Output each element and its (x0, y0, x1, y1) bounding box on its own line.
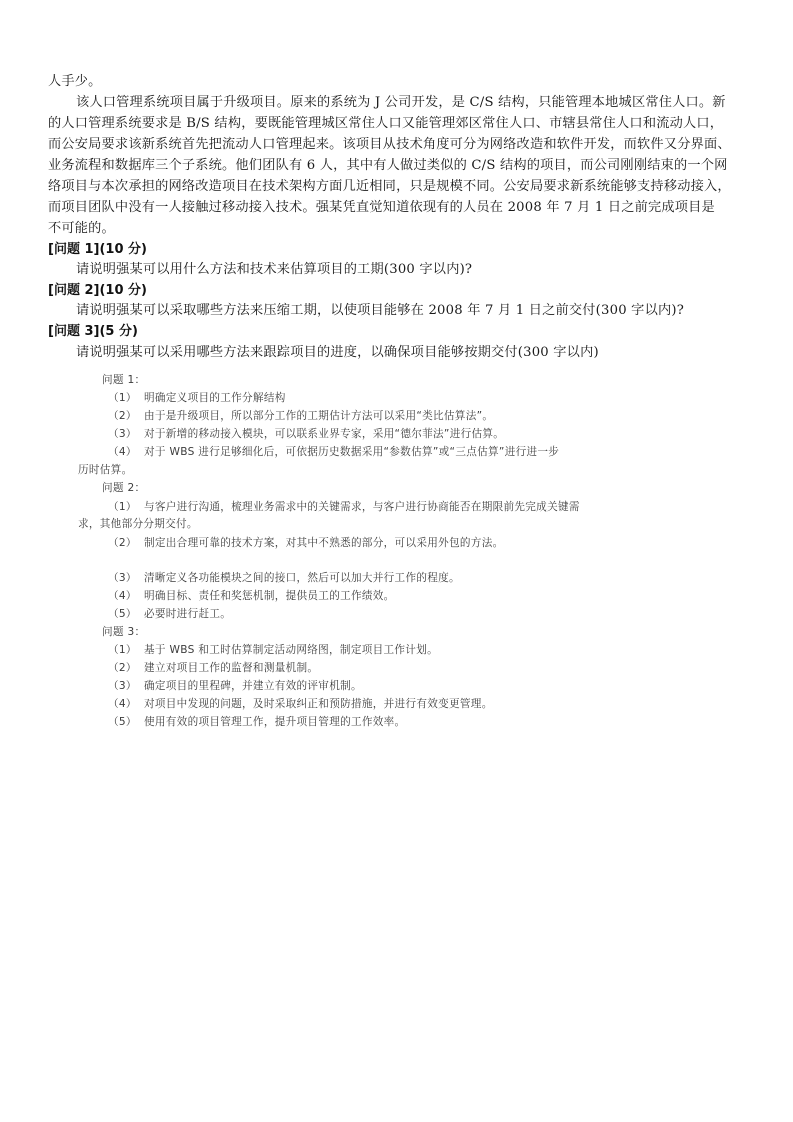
answer-item: （3）清晰定义各功能模块之间的接口，然后可以加大并行工作的程度。 (108, 569, 460, 587)
item-text: 基于 WBS 和工时估算制定活动网络图，制定项目工作计划。 (144, 644, 438, 656)
item-text: 明确目标、责任和奖惩机制，提供员工的工作绩效。 (144, 590, 395, 602)
paragraph-line: 而公安局要求该新系统首先把流动人口管理起来。该项目从技术角度可分为网络改造和软件… (48, 135, 731, 155)
answer-item: （5）使用有效的项目管理工作，提升项目管理的工作效率。 (108, 713, 405, 731)
paragraph-line: 络项目与本次承担的网络改造项目在技术架构方面几近相同，只是规模不同。公安局要求新… (48, 177, 731, 197)
intro-tail: 人手少。 (48, 72, 102, 92)
item-number: （1） (108, 498, 144, 516)
item-text: 制定出合理可靠的技术方案，对其中不熟悉的部分，可以采用外包的方法。 (144, 537, 504, 549)
item-number: （3） (108, 677, 144, 695)
answer-item: （1）明确定义项目的工作分解结构 (108, 389, 286, 407)
document-page: 人手少。 该人口管理系统项目属于升级项目。原来的系统为 J 公司开发，是 C/S… (0, 0, 793, 1122)
paragraph-line: 该人口管理系统项目属于升级项目。原来的系统为 J 公司开发，是 C/S 结构，只… (76, 93, 726, 113)
answer-item: （5）必要时进行赶工。 (108, 605, 231, 623)
item-text: 对于 WBS 进行足够细化后，可依据历史数据采用“参数估算”或“三点估算”进行进… (144, 446, 559, 458)
item-text: 明确定义项目的工作分解结构 (144, 392, 286, 404)
answer-item: （2）制定出合理可靠的技术方案，对其中不熟悉的部分，可以采用外包的方法。 (108, 534, 504, 552)
answer-3-title: 问题 3： (102, 623, 145, 641)
answer-2-title: 问题 2： (102, 479, 145, 497)
item-text: 建立对项目工作的监督和测量机制。 (144, 662, 318, 674)
item-text: 对于新增的移动接入模块，可以联系业界专家，采用“德尔菲法”进行估算。 (144, 428, 504, 440)
question-3-text: 请说明强某可以采用哪些方法来跟踪项目的进度，以确保项目能够按期交付(300 字以… (76, 343, 599, 363)
item-text: 清晰定义各功能模块之间的接口，然后可以加大并行工作的程度。 (144, 572, 460, 584)
item-number: （1） (108, 641, 144, 659)
item-number: （3） (108, 425, 144, 443)
item-number: （2） (108, 407, 144, 425)
answer-item-continuation: 历时估算。 (78, 461, 132, 479)
question-1-heading: [问题 1](10 分) (48, 240, 147, 260)
item-number: （5） (108, 713, 144, 731)
paragraph-line: 的人口管理系统要求是 B/S 结构，要既能管理城区常住人口又能管理郊区常住人口、… (48, 114, 723, 134)
paragraph-line: 而项目团队中没有一人接触过移动接入技术。强某凭直觉知道依现有的人员在 2008 … (48, 198, 715, 218)
answer-item: （3）对于新增的移动接入模块，可以联系业界专家，采用“德尔菲法”进行估算。 (108, 425, 504, 443)
question-3-heading: [问题 3](5 分) (48, 322, 138, 342)
answer-item: （2）建立对项目工作的监督和测量机制。 (108, 659, 318, 677)
item-number: （4） (108, 443, 144, 461)
paragraph-line: 不可能的。 (48, 219, 115, 239)
item-text: 使用有效的项目管理工作，提升项目管理的工作效率。 (144, 716, 405, 728)
item-number: （2） (108, 534, 144, 552)
item-number: （4） (108, 695, 144, 713)
item-text: 必要时进行赶工。 (144, 608, 231, 620)
answer-item: （4）对于 WBS 进行足够细化后，可依据历史数据采用“参数估算”或“三点估算”… (108, 443, 559, 461)
answer-item-continuation: 求，其他部分分期交付。 (78, 515, 198, 533)
answer-1-title: 问题 1： (102, 371, 145, 389)
item-number: （4） (108, 587, 144, 605)
item-number: （1） (108, 389, 144, 407)
question-2-text: 请说明强某可以采取哪些方法来压缩工期，以使项目能够在 2008 年 7 月 1 … (76, 301, 684, 321)
answer-item: （1）基于 WBS 和工时估算制定活动网络图，制定项目工作计划。 (108, 641, 438, 659)
item-text: 对项目中发现的问题，及时采取纠正和预防措施，并进行有效变更管理。 (144, 698, 493, 710)
answer-item: （4）对项目中发现的问题，及时采取纠正和预防措施，并进行有效变更管理。 (108, 695, 493, 713)
item-text: 与客户进行沟通，梳理业务需求中的关键需求，与客户进行协商能否在期限前先完成关键需 (144, 501, 580, 513)
answer-item: （2）由于是升级项目，所以部分工作的工期估计方法可以采用“类比估算法”。 (108, 407, 493, 425)
item-number: （3） (108, 569, 144, 587)
item-text: 由于是升级项目，所以部分工作的工期估计方法可以采用“类比估算法”。 (144, 410, 493, 422)
answer-item: （3）确定项目的里程碑，并建立有效的评审机制。 (108, 677, 362, 695)
paragraph-line: 业务流程和数据库三个子系统。他们团队有 6 人，其中有人做过类似的 C/S 结构… (48, 156, 728, 176)
item-number: （5） (108, 605, 144, 623)
question-2-heading: [问题 2](10 分) (48, 281, 147, 301)
answer-item: （1）与客户进行沟通，梳理业务需求中的关键需求，与客户进行协商能否在期限前先完成… (108, 498, 580, 516)
answer-item: （4）明确目标、责任和奖惩机制，提供员工的工作绩效。 (108, 587, 395, 605)
question-1-text: 请说明强某可以用什么方法和技术来估算项目的工期(300 字以内)? (76, 260, 472, 280)
item-text: 确定项目的里程碑，并建立有效的评审机制。 (144, 680, 362, 692)
item-number: （2） (108, 659, 144, 677)
